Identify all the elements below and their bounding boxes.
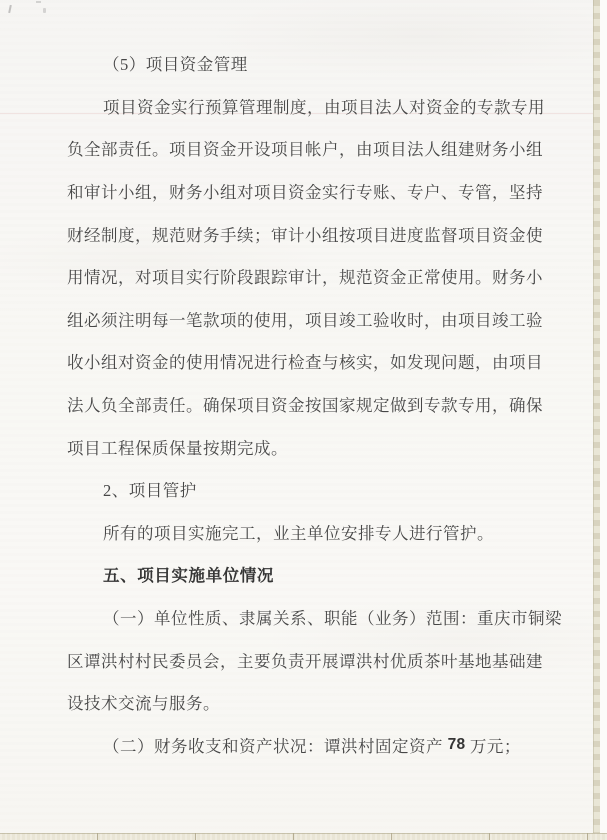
dust-speck	[43, 8, 46, 13]
dust-speck	[8, 5, 12, 13]
text-run: 用情况，对项目实行阶段跟踪审计，规范资金正常使用。财务小	[67, 264, 543, 288]
text-line: 组必须注明每一笔款项的使用，项目竣工验收时，由项目竣工验	[67, 298, 567, 341]
text-run: 所有的项目实施完工，业主单位安排专人进行管护。	[103, 520, 494, 544]
text-run: 万元；	[465, 733, 521, 757]
text-run: （一）单位性质、隶属关系、职能（业务）范围：重庆市铜梁	[103, 605, 562, 629]
text-line: 负全部责任。项目资金开设项目帐户，由项目法人组建财务小组	[67, 127, 567, 170]
text-run: 收小组对资金的使用情况进行检查与核实，如发现问题，由项目	[67, 349, 543, 373]
text-run: 和审计小组，财务小组对项目资金实行专账、专户、专管，坚持	[67, 179, 543, 203]
text-line: （一）单位性质、隶属关系、职能（业务）范围：重庆市铜梁	[67, 596, 567, 639]
text-line: 法人负全部责任。确保项目资金按国家规定做到专款专用，确保	[67, 383, 567, 426]
text-run: （二）财务收支和资产状况：谭洪村固定资产	[103, 733, 448, 757]
text-run: 项目资金实行预算管理制度，由项目法人对资金的专款专用	[103, 94, 545, 118]
text-line: （二）财务收支和资产状况：谭洪村固定资产 78 万元；	[67, 724, 567, 767]
text-line: 2、项目管护	[67, 468, 567, 511]
text-line: 设技术交流与服务。	[67, 681, 567, 724]
text-line: 用情况，对项目实行阶段跟踪审计，规范资金正常使用。财务小	[67, 255, 567, 298]
scanned-document-page: （5）项目资金管理项目资金实行预算管理制度，由项目法人对资金的专款专用负全部责任…	[0, 0, 607, 840]
text-run: 2、项目管护	[103, 477, 197, 501]
text-line: 所有的项目实施完工，业主单位安排专人进行管护。	[67, 511, 567, 554]
text-run: 财经制度，规范财务手续；审计小组按项目进度监督项目资金使	[67, 222, 543, 246]
text-line: （5）项目资金管理	[67, 42, 567, 85]
scanner-background-right	[600, 0, 607, 840]
text-run: 法人负全部责任。确保项目资金按国家规定做到专款专用，确保	[67, 392, 543, 416]
numeric-value: 78	[448, 736, 466, 754]
text-line: 项目工程保质保量按期完成。	[67, 425, 567, 468]
text-run: 区谭洪村村民委员会，主要负责开展谭洪村优质茶叶基地基础建	[67, 648, 543, 672]
text-run: 设技术交流与服务。	[67, 690, 220, 714]
text-line: 区谭洪村村民委员会，主要负责开展谭洪村优质茶叶基地基础建	[67, 638, 567, 681]
text-line: 财经制度，规范财务手续；审计小组按项目进度监督项目资金使	[67, 212, 567, 255]
text-run: （5）项目资金管理	[103, 51, 248, 75]
text-line: 收小组对资金的使用情况进行检查与核实，如发现问题，由项目	[67, 340, 567, 383]
paper-right-edge	[593, 0, 600, 840]
text-line: 项目资金实行预算管理制度，由项目法人对资金的专款专用	[67, 85, 567, 128]
text-run: 组必须注明每一笔款项的使用，项目竣工验收时，由项目竣工验	[67, 307, 543, 331]
text-line: 和审计小组，财务小组对项目资金实行专账、专户、专管，坚持	[67, 170, 567, 213]
text-run: 负全部责任。项目资金开设项目帐户，由项目法人组建财务小组	[67, 136, 543, 160]
section-heading-line: 五、项目实施单位情况	[67, 553, 567, 596]
scanner-background-bottom	[0, 833, 607, 840]
text-block: （5）项目资金管理项目资金实行预算管理制度，由项目法人对资金的专款专用负全部责任…	[67, 42, 567, 766]
dust-speck	[36, 1, 41, 3]
text-run: 五、项目实施单位情况	[103, 562, 274, 586]
text-run: 项目工程保质保量按期完成。	[67, 435, 288, 459]
